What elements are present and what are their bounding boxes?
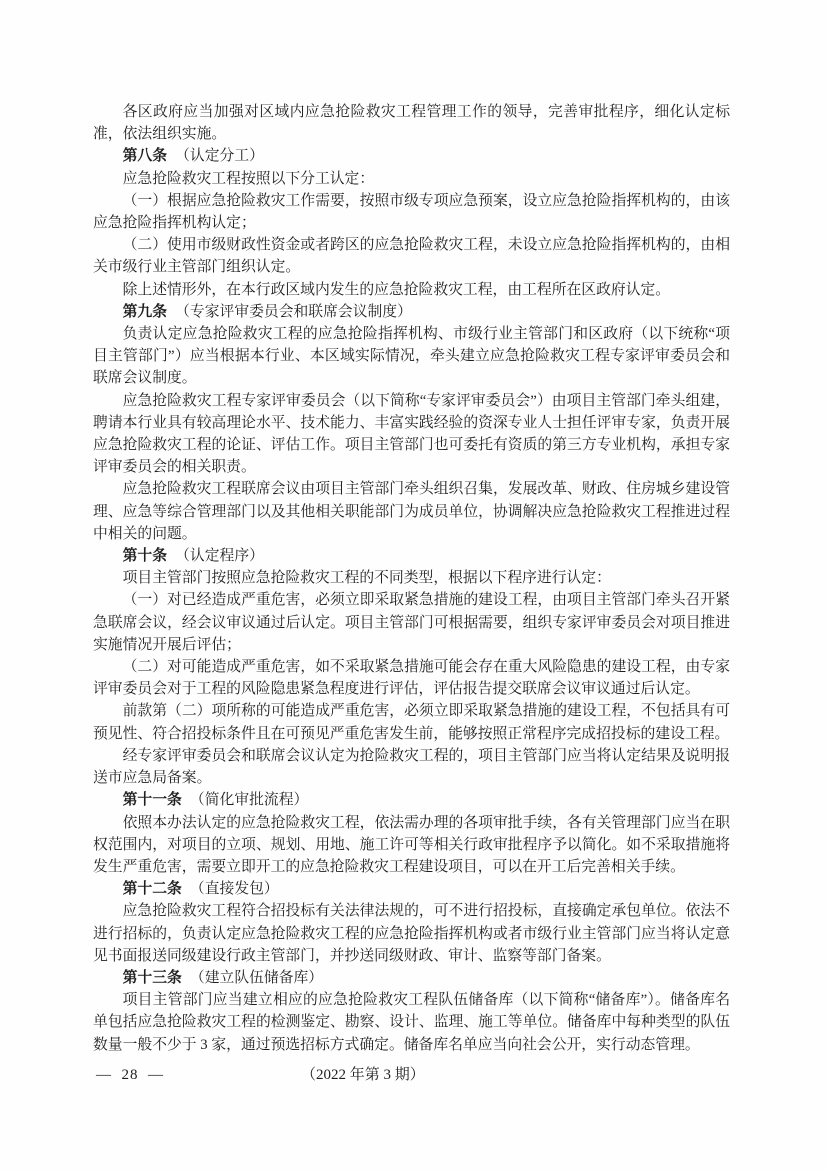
article-heading: 第十一条（简化审批流程） [93, 789, 730, 811]
article-title: （认定分工） [175, 148, 264, 164]
article-heading: 第十三条（建立队伍储备库） [93, 967, 730, 989]
article-title: （直接发包） [190, 881, 279, 897]
paragraph: 应急抢险救灾工程按照以下分工认定： [93, 168, 730, 190]
paragraph: （一）根据应急抢险救灾工作需要，按照市级专项应急预案，设立应急抢险指挥机构的，由… [93, 190, 730, 234]
paragraph: 应急抢险救灾工程专家评审委员会（以下简称“专家评审委员会”）由项目主管部门牵头组… [93, 390, 730, 479]
article-heading: 第十二条（直接发包） [93, 878, 730, 900]
paragraph: 各区政府应当加强对区域内应急抢险救灾工程管理工作的领导，完善审批程序，细化认定标… [93, 101, 730, 145]
paragraph: 项目主管部门应当建立相应的应急抢险救灾工程队伍储备库（以下简称“储备库”）。储备… [93, 989, 730, 1056]
paragraph: （二）对可能造成严重危害，如不采取紧急措施可能会存在重大风险隐患的建设工程，由专… [93, 656, 730, 700]
paragraph: 依照本办法认定的应急抢险救灾工程，依法需办理的各项审批手续，各有关管理部门应当在… [93, 812, 730, 879]
paragraph: 项目主管部门按照应急抢险救灾工程的不同类型，根据以下程序进行认定： [93, 567, 730, 589]
article-number: 第十条 [123, 548, 167, 564]
paragraph: 除上述情形外，在本行政区域内发生的应急抢险救灾工程，由工程所在区政府认定。 [93, 279, 730, 301]
article-number: 第九条 [123, 304, 167, 320]
document-page: 各区政府应当加强对区域内应急抢险救灾工程管理工作的领导，完善审批程序，细化认定标… [0, 0, 827, 1170]
page-number: — 28 — [96, 1064, 164, 1086]
article-title: （建立队伍储备库） [190, 970, 323, 986]
paragraph: （一）对已经造成严重危害，必须立即采取紧急措施的建设工程，由项目主管部门牵头召开… [93, 589, 730, 656]
article-heading: 第八条（认定分工） [93, 145, 730, 167]
paragraph: 负责认定应急抢险救灾工程的应急抢险指挥机构、市级行业主管部门和区政府（以下统称“… [93, 323, 730, 390]
issue-label: （2022 年第 3 期） [301, 1064, 425, 1086]
article-title: （简化审批流程） [190, 792, 308, 808]
article-number: 第八条 [123, 148, 167, 164]
article-number: 第十一条 [123, 792, 182, 808]
article-number: 第十三条 [123, 970, 182, 986]
paragraph: 经专家评审委员会和联席会议认定为抢险救灾工程的，项目主管部门应当将认定结果及说明… [93, 745, 730, 789]
article-title: （认定程序） [175, 548, 264, 564]
article-title: （专家评审委员会和联席会议制度） [175, 304, 412, 320]
paragraph: 应急抢险救灾工程符合招投标有关法律法规的，可不进行招投标，直接确定承包单位。依法… [93, 900, 730, 967]
page-footer: — 28 — （2022 年第 3 期） [0, 1064, 827, 1088]
article-number: 第十二条 [123, 881, 182, 897]
article-heading: 第九条（专家评审委员会和联席会议制度） [93, 301, 730, 323]
article-heading: 第十条（认定程序） [93, 545, 730, 567]
paragraph: （二）使用市级财政性资金或者跨区的应急抢险救灾工程，未设立应急抢险指挥机构的，由… [93, 234, 730, 278]
paragraph: 前款第（二）项所称的可能造成严重危害，必须立即采取紧急措施的建设工程，不包括具有… [93, 700, 730, 744]
document-body: 各区政府应当加强对区域内应急抢险救灾工程管理工作的领导，完善审批程序，细化认定标… [93, 101, 730, 1056]
paragraph: 应急抢险救灾工程联席会议由项目主管部门牵头组织召集，发展改革、财政、住房城乡建设… [93, 478, 730, 545]
